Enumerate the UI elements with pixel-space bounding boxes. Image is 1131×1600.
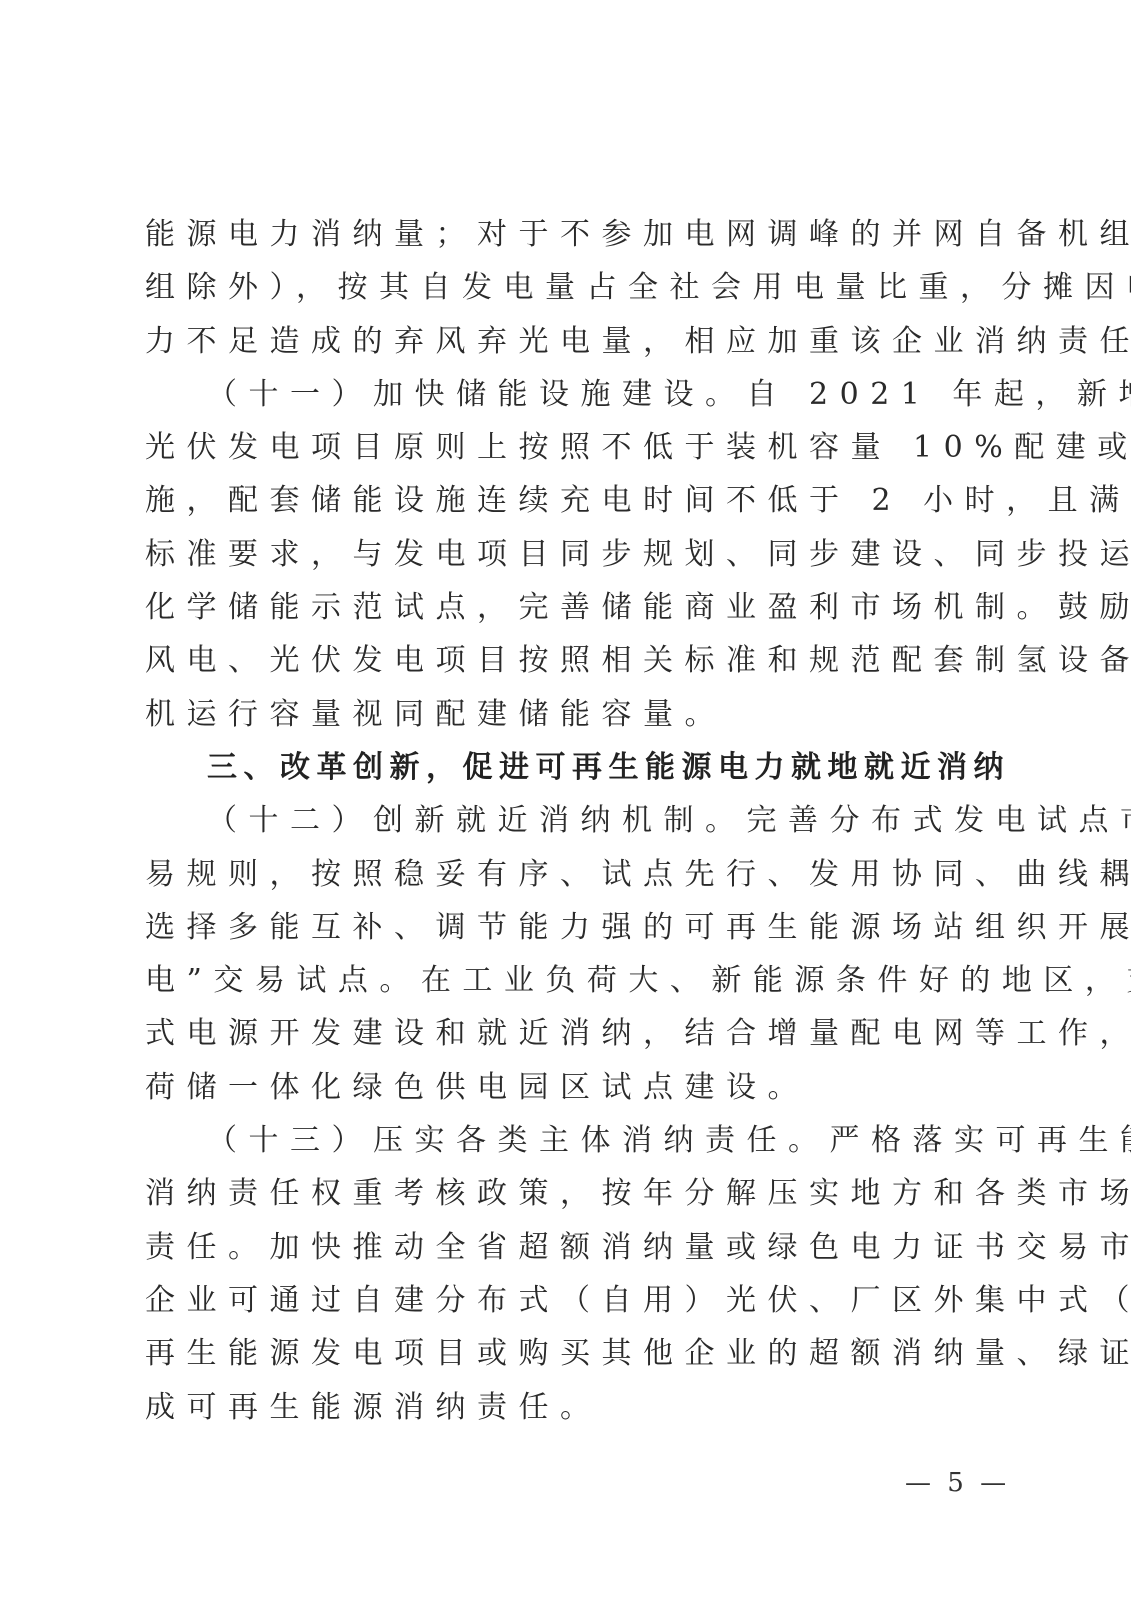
document-body: 能源电力消纳量；对于不参加电网调峰的并网自备机组（背压机 组除外），按其自发电量… <box>145 208 970 1434</box>
text-line: 标准要求，与发电项目同步规划、同步建设、同步投运。开展电 <box>145 528 970 581</box>
text-line: 电”交易试点。在工业负荷大、新能源条件好的地区，支持分布 <box>145 954 970 1007</box>
text-line: 式电源开发建设和就近消纳，结合增量配电网等工作，开展源网 <box>145 1007 970 1060</box>
text-line: 易规则，按照稳妥有序、试点先行、发用协同、曲线耦合原则， <box>145 848 970 901</box>
text-line: 力不足造成的弃风弃光电量，相应加重该企业消纳责任权重。 <box>145 315 970 368</box>
text-line: 机运行容量视同配建储能容量。 <box>145 688 970 741</box>
text-line: 能源电力消纳量；对于不参加电网调峰的并网自备机组（背压机 <box>145 208 970 261</box>
text-line: 再生能源发电项目或购买其他企业的超额消纳量、绿证等方式完 <box>145 1327 970 1380</box>
section-11-first-line: （十一）加快储能设施建设。自 2021 年起，新增集中式风电、 <box>145 368 970 421</box>
text-line: 企业可通过自建分布式（自用）光伏、厂区外集中式（上网）可 <box>145 1274 970 1327</box>
text-line: 选择多能互补、调节能力强的可再生能源场站组织开展“隔墙售 <box>145 901 970 954</box>
text-line: 成可再生能源消纳责任。 <box>145 1381 970 1434</box>
text-line: 施，配套储能设施连续充电时间不低于 2 小时，且满足我省相关 <box>145 474 970 527</box>
section-heading: 三、改革创新，促进可再生能源电力就地就近消纳 <box>145 741 970 794</box>
text-line: 荷储一体化绿色供电园区试点建设。 <box>145 1061 970 1114</box>
text-line: 消纳责任权重考核政策，按年分解压实地方和各类市场主体消纳 <box>145 1167 970 1220</box>
text-line: 光伏发电项目原则上按照不低于装机容量 10%配建或租赁储能设 <box>145 421 970 474</box>
text-line: 责任。加快推动全省超额消纳量或绿色电力证书交易市场建设。 <box>145 1221 970 1274</box>
page-number: — 5 — <box>905 1468 1010 1498</box>
text-line: 化学储能示范试点，完善储能商业盈利市场机制。鼓励有条件的 <box>145 581 970 634</box>
text-line: 风电、光伏发电项目按照相关标准和规范配套制氢设备，制氢装 <box>145 634 970 687</box>
section-13-first-line: （十三）压实各类主体消纳责任。严格落实可再生能源电力 <box>145 1114 970 1167</box>
text-line: 组除外），按其自发电量占全社会用电量比重，分摊因电网调节能 <box>145 261 970 314</box>
section-12-first-line: （十二）创新就近消纳机制。完善分布式发电试点市场化交 <box>145 794 970 847</box>
